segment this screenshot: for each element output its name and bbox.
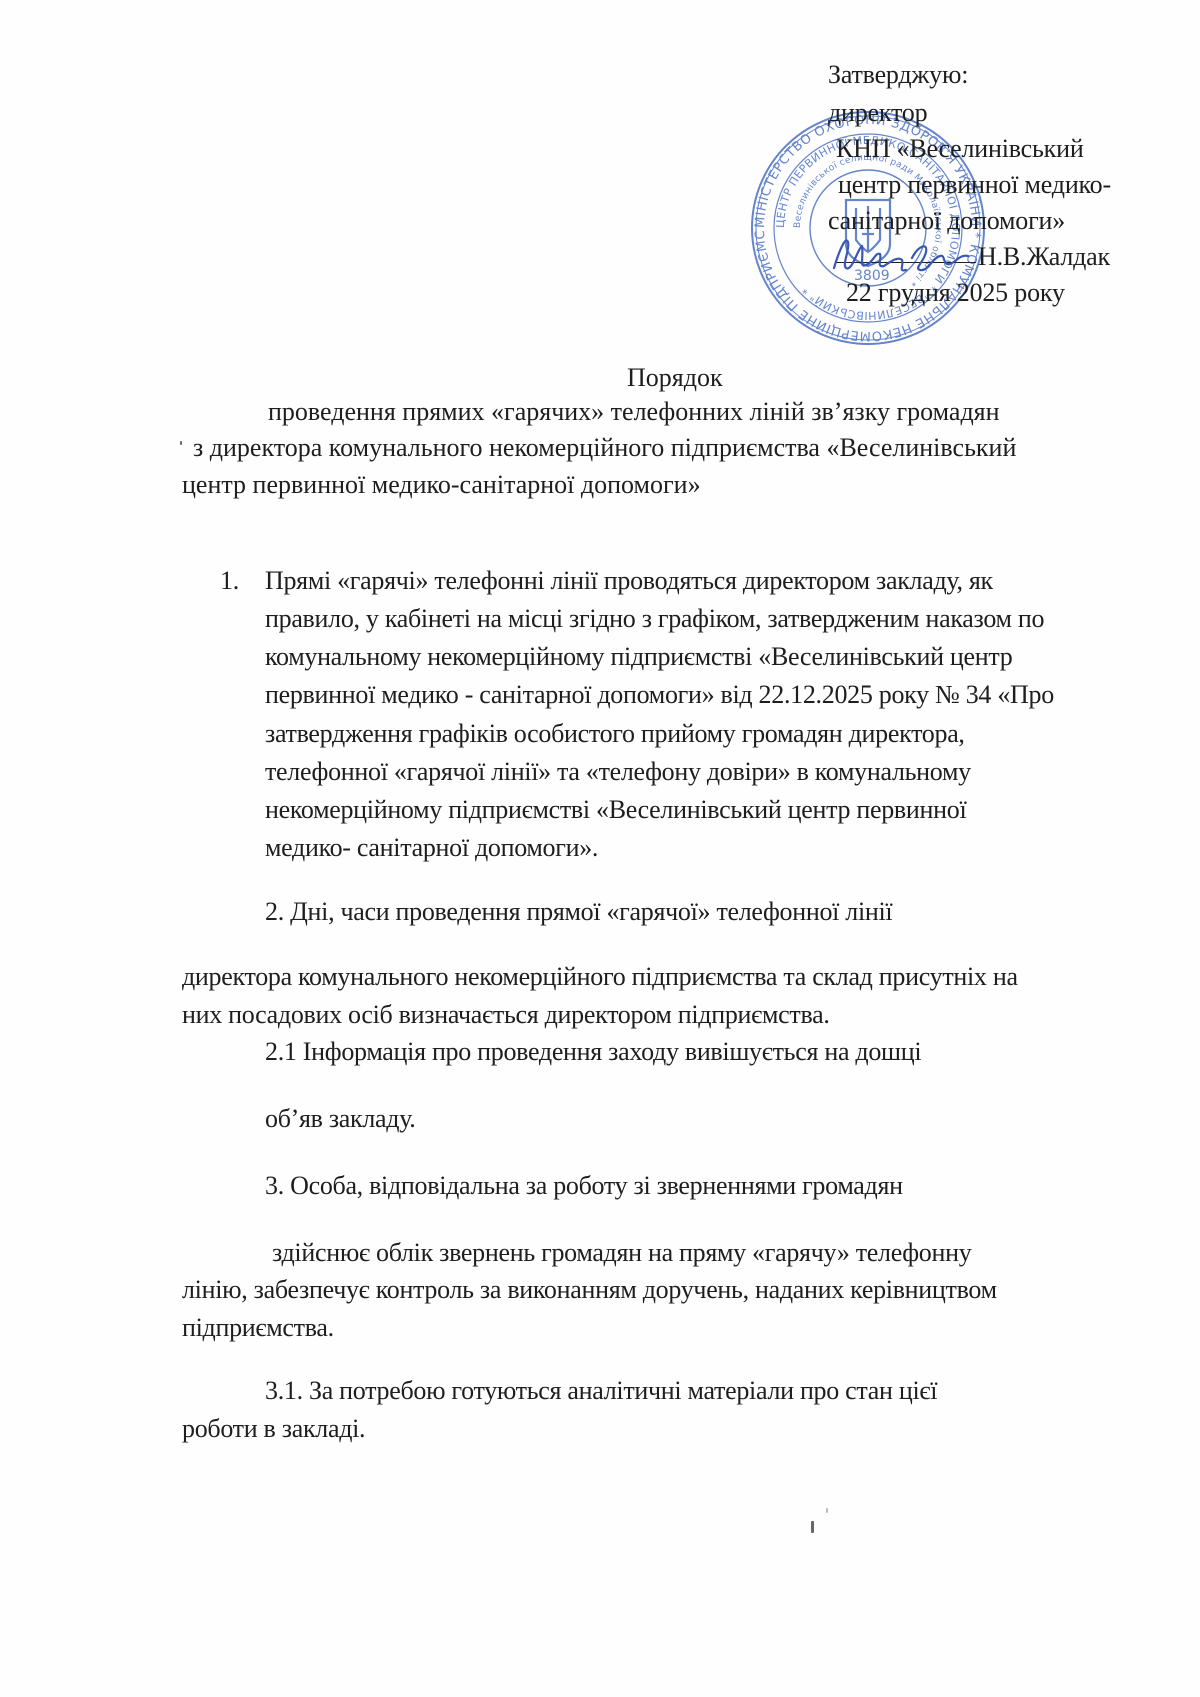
section-1-line: правило, у кабінеті на місці згідно з гр… — [265, 601, 1044, 637]
approval-heading: Затверджую: — [828, 58, 968, 92]
approval-date: 22 грудня 2025 року — [846, 276, 1065, 310]
scan-artifact — [826, 1508, 828, 1513]
section-3-line: лінію, забезпечує контроль за виконанням… — [182, 1272, 997, 1308]
section-1-number: 1. — [220, 563, 239, 599]
title-heading: Порядок — [627, 360, 723, 396]
title-line-1: проведення прямих «гарячих» телефонних л… — [268, 394, 1000, 430]
section-2-line: 2. Дні, часи проведення прямої «гарячої»… — [265, 894, 892, 930]
section-1-line: телефонної «гарячої лінії» та «телефону … — [265, 754, 971, 790]
section-1-line: Прямі «гарячі» телефонні лінії проводять… — [265, 563, 993, 599]
section-3-line: 3. Особа, відповідальна за роботу зі зве… — [265, 1168, 903, 1204]
signature-icon — [828, 228, 978, 280]
section-2-1-line: 2.1 Інформація про проведення заходу вив… — [265, 1034, 921, 1070]
approval-org-line-1: КНП «Веселинівський — [836, 132, 1084, 166]
section-1-line: медико- санітарної допомоги». — [265, 830, 598, 866]
section-1-line: некомерційному підприємстві «Веселинівсь… — [265, 792, 966, 828]
document-page: МІНІСТЕРСТВО ОХОРОНИ ЗДОРОВ'Я УКРАЇНИ * … — [0, 0, 1200, 1697]
section-1-line: первинної медико - санітарної допомоги» … — [265, 677, 1054, 713]
title-line-2: з директора комунального некомерційного … — [193, 430, 1016, 466]
section-1-line: комунальному некомерційному підприємстві… — [265, 639, 1012, 675]
section-3-line: здійснює облік звернень громадян на прям… — [272, 1235, 971, 1271]
section-3-1-line: 3.1. За потребою готуються аналітичні ма… — [265, 1373, 937, 1409]
section-3-line: підприємства. — [182, 1310, 334, 1346]
scan-artifact — [180, 441, 182, 445]
approval-signatory-name: Н.В.Жалдак — [978, 240, 1110, 274]
title-line-3: центр первинної медико-санітарної допомо… — [182, 467, 701, 503]
section-1-line: затвердження графіків особистого прийому… — [265, 716, 965, 752]
scan-artifact — [811, 1521, 814, 1533]
section-2-1-line: об’яв закладу. — [265, 1101, 416, 1137]
section-2-line: директора комунального некомерційного пі… — [182, 959, 1018, 995]
section-3-1-line: роботи в закладі. — [182, 1411, 365, 1447]
approval-position: директор — [828, 96, 927, 130]
section-2-line: них посадових осіб визначається директор… — [182, 997, 830, 1033]
approval-org-line-2: центр первинної медико- — [838, 168, 1111, 202]
